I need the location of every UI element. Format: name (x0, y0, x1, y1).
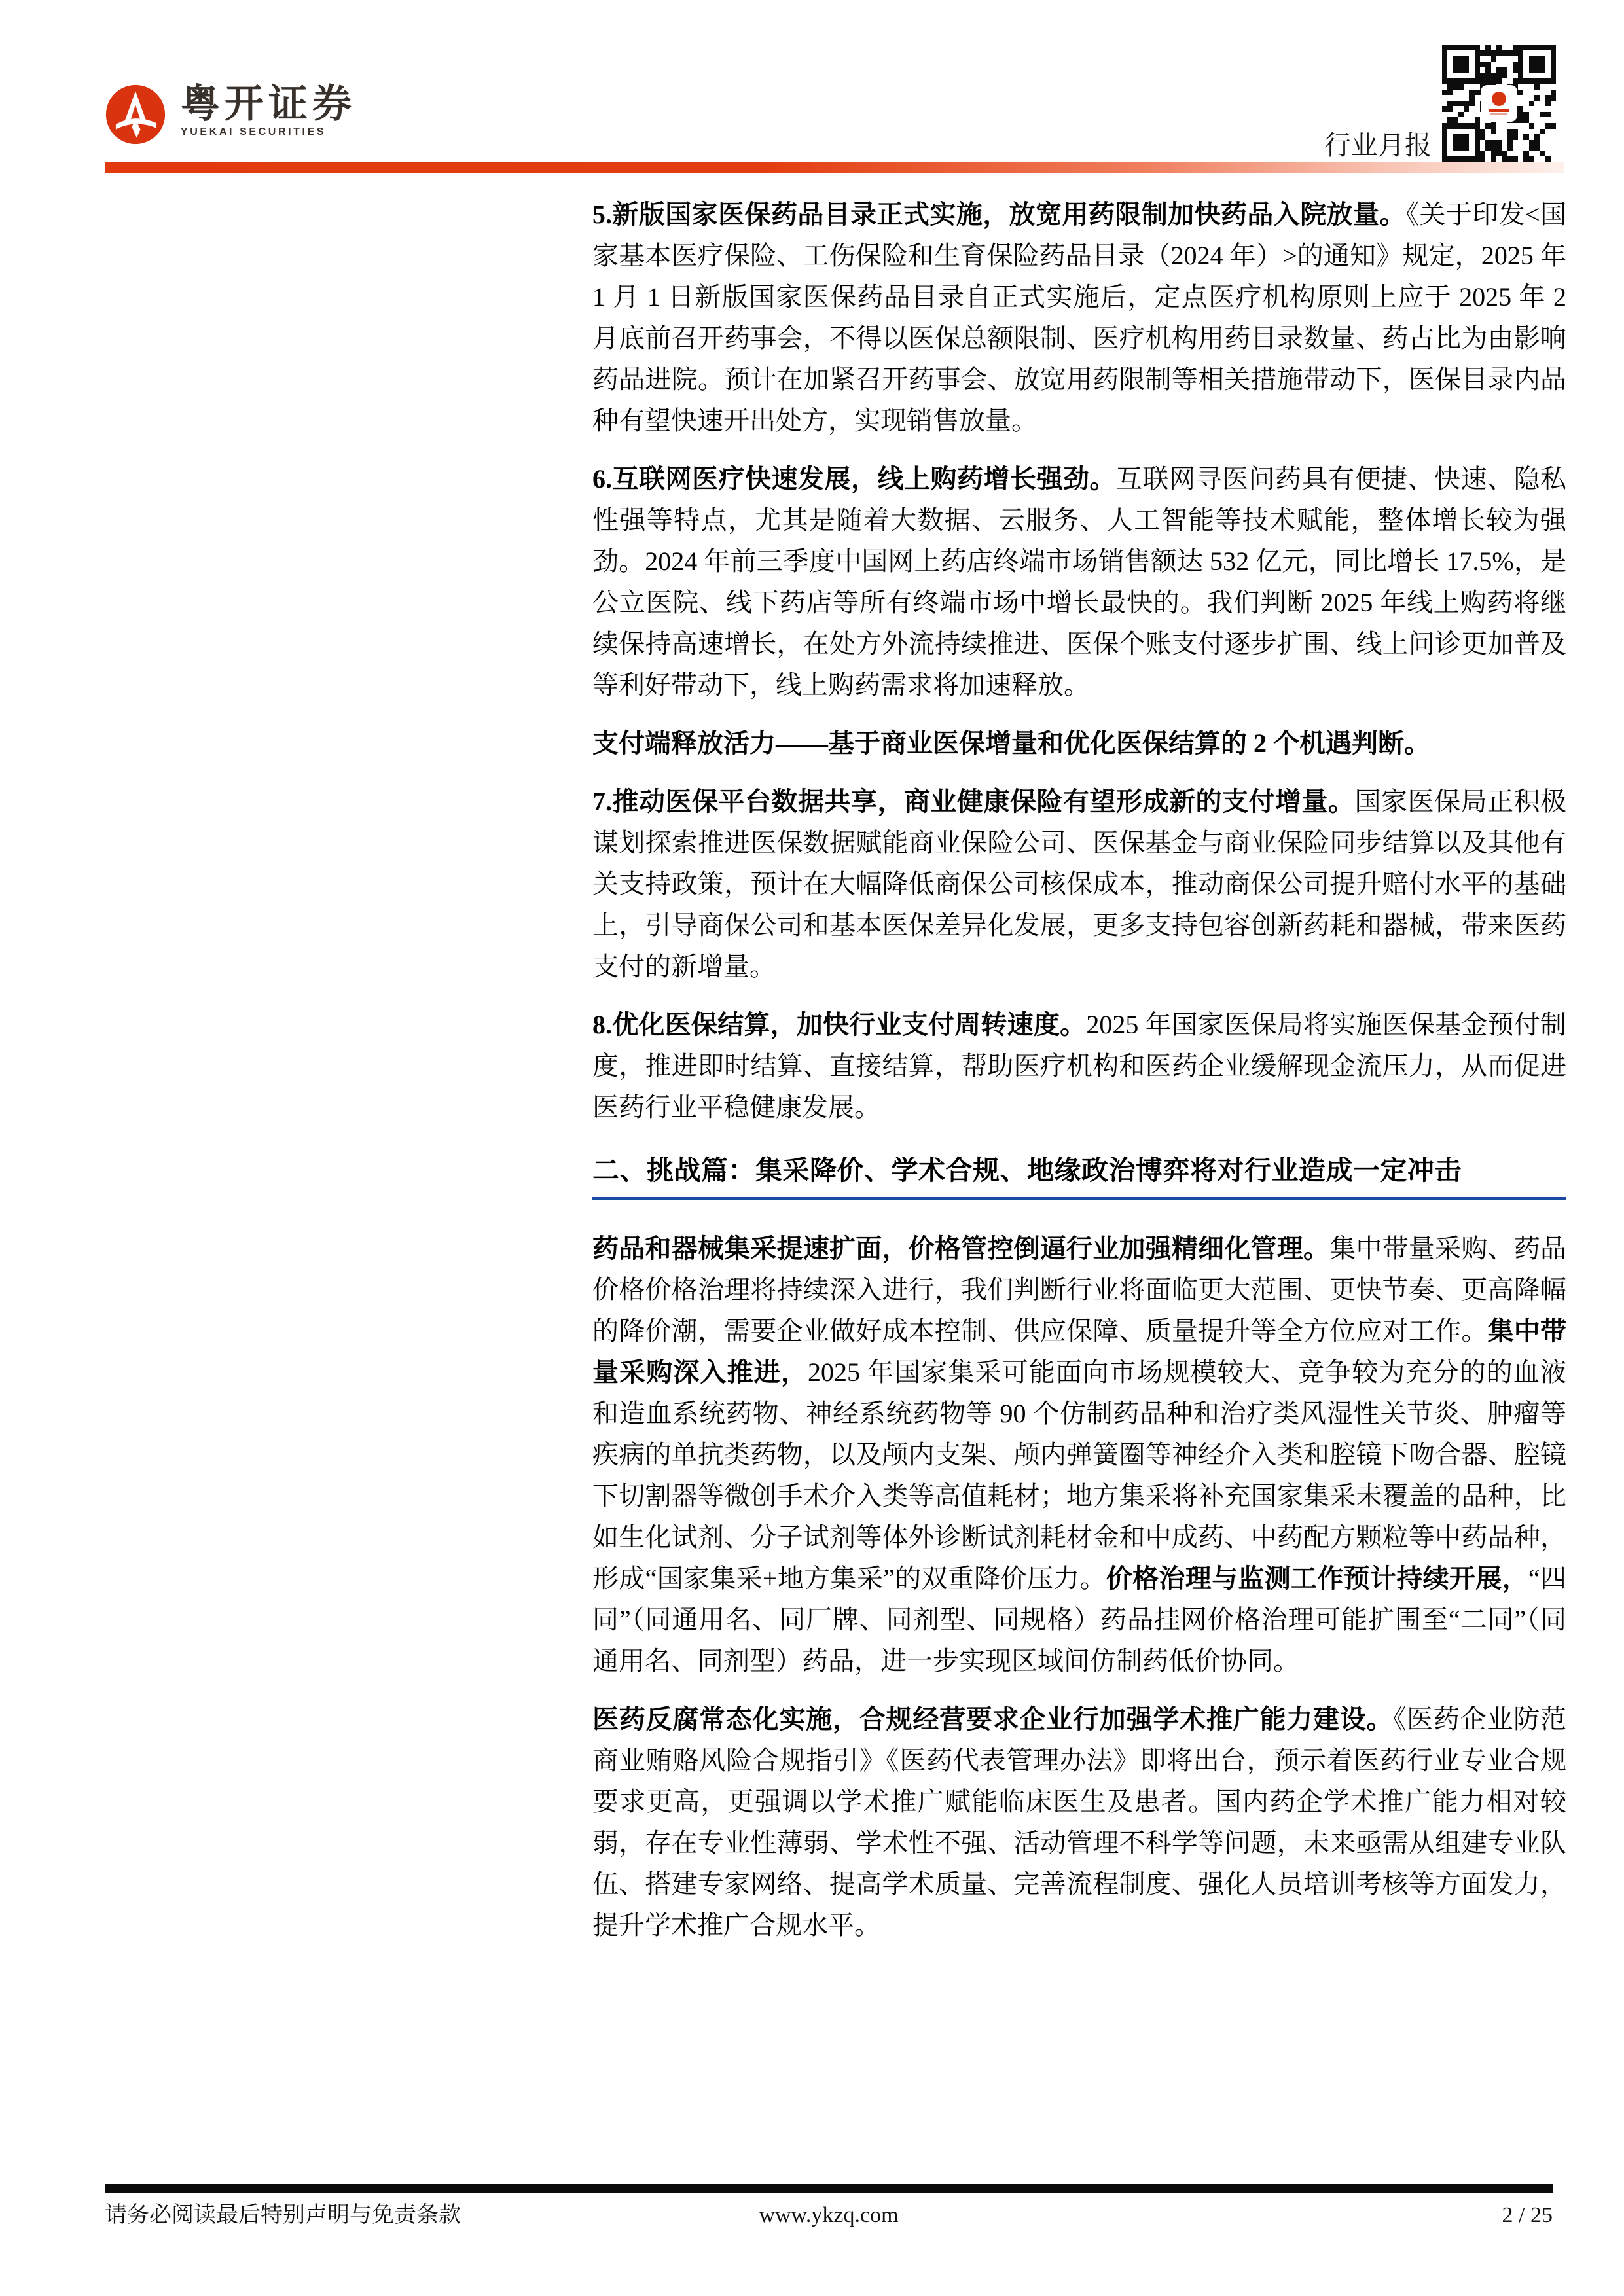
paragraph: 7.推动医保平台数据共享，商业健康保险有望形成新的支付增量。国家医保局正积极谋划… (592, 781, 1566, 987)
logo-company-name-en: YUEKAI SECURITIES (181, 126, 356, 139)
footer-disclaimer: 请务必阅读最后特别声明与免责条款 (105, 2200, 587, 2231)
paragraph-bold-run: 支付端释放活力——基于商业医保增量和优化医保结算的 2 个机遇判断。 (592, 728, 1430, 758)
paragraph-text-run: 2025 年国家集采可能面向市场规模较大、竞争较为充分的的血液和造血系统药物、神… (592, 1357, 1566, 1593)
footer-page-number: 2 / 25 (1070, 2200, 1553, 2231)
paragraph-bold-run: 5.新版国家医保药品目录正式实施，放宽用药限制加快药品入院放量。 (592, 200, 1406, 229)
logo-text-block: 粤开证券 YUEKAI SECURITIES (181, 84, 356, 139)
paragraph-bold-run: 8.优化医保结算，加快行业支付周转速度。 (592, 1010, 1086, 1039)
paragraph-bold-run: 价格治理与监测工作预计持续开展， (1106, 1564, 1528, 1593)
paragraph: 药品和器械集采提速扩面，价格管控倒逼行业加强精细化管理。集中带量采购、药品价格价… (592, 1228, 1566, 1681)
qr-center-logo-icon (1482, 86, 1516, 120)
paragraph: 8.优化医保结算，加快行业支付周转速度。2025 年国家医保局将实施医保基金预付… (592, 1004, 1566, 1128)
paragraph-bold-run: 6.互联网医疗快速发展，线上购药增长强劲。 (592, 464, 1116, 493)
report-type-label: 行业月报 (1324, 130, 1432, 161)
paragraph: 6.互联网医疗快速发展，线上购药增长强劲。互联网寻医问药具有便捷、快速、隐私性强… (592, 458, 1566, 706)
section-heading: 二、挑战篇：集采降价、学术合规、地缘政治博弈将对行业造成一定冲击 (592, 1151, 1566, 1200)
paragraph-bold-run: 7.推动医保平台数据共享，商业健康保险有望形成新的支付增量。 (592, 787, 1355, 816)
logo-company-name: 粤开证券 (181, 84, 356, 124)
company-logo: 粤开证券 YUEKAI SECURITIES (105, 84, 356, 145)
paragraph-text-run: 互联网寻医问药具有便捷、快速、隐私性强等特点，尤其是随着大数据、云服务、人工智能… (592, 464, 1566, 700)
paragraph-bold-run: 药品和器械集采提速扩面，价格管控倒逼行业加强精细化管理。 (592, 1234, 1329, 1263)
paragraph-text-run: 《医药企业防范商业贿赂风险合规指引》《医药代表管理办法》即将出台，预示着医药行业… (592, 1704, 1566, 1940)
paragraph-text-run: 《关于印发<国家基本医疗保险、工伤保险和生育保险药品目录（2024 年）>的通知… (592, 200, 1566, 435)
paragraph: 医药反腐常态化实施，合规经营要求企业行加强学术推广能力建设。《医药企业防范商业贿… (592, 1698, 1566, 1946)
header-divider (105, 162, 1564, 173)
footer-divider (105, 2184, 1553, 2193)
paragraph: 支付端释放活力——基于商业医保增量和优化医保结算的 2 个机遇判断。 (592, 723, 1566, 764)
body-content: 5.新版国家医保药品目录正式实施，放宽用药限制加快药品入院放量。《关于印发<国家… (592, 194, 1566, 1946)
paragraph-bold-run: 医药反腐常态化实施，合规经营要求企业行加强学术推广能力建设。 (592, 1704, 1393, 1734)
qr-code (1442, 45, 1556, 162)
paragraph: 5.新版国家医保药品目录正式实施，放宽用药限制加快药品入院放量。《关于印发<国家… (592, 194, 1566, 441)
footer-website: www.ykzq.com (587, 2200, 1070, 2231)
footer: 请务必阅读最后特别声明与免责条款 www.ykzq.com 2 / 25 (105, 2200, 1553, 2231)
report-page: 粤开证券 YUEKAI SECURITIES 行业月报 5.新版国家医保药品目录… (0, 0, 1624, 2296)
yuekai-logo-icon (105, 84, 166, 145)
